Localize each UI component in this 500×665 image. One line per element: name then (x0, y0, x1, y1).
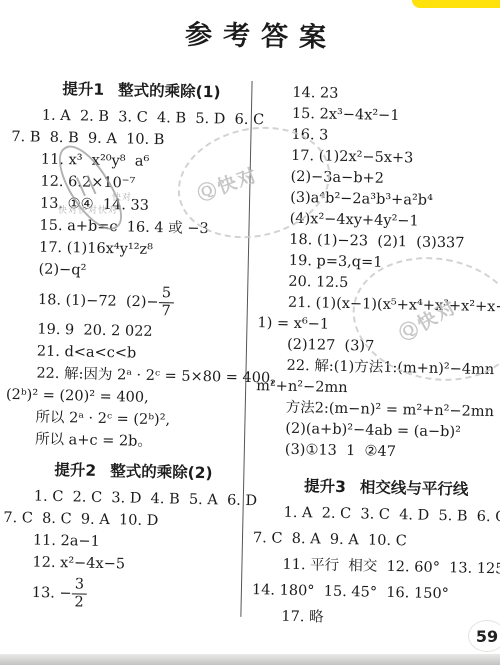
fraction: 32 (71, 576, 87, 611)
fraction-numerator: 5 (159, 285, 175, 303)
fraction-prefix: 13. − (32, 585, 72, 602)
fraction-numerator: 3 (72, 576, 88, 594)
answer-line: 15. 2x³−4x²−1 (260, 104, 500, 128)
answer-line: 11. x³ x²⁰y⁸ a⁶ (9, 150, 247, 174)
yellow-tab-button[interactable] (412, 0, 500, 8)
bottom-edge (0, 654, 500, 665)
answer-line: (2)−q² (6, 260, 244, 284)
answer-line: 20. 12.5 (256, 272, 498, 296)
answer-line: 1. A 2. C 3. C 4. D 5. B 6. C (251, 503, 493, 527)
answer-line: 7. C 8. C 9. A 10. D (1, 509, 239, 533)
heading-title: 整式的乘除(2) (110, 462, 213, 482)
answer-line: 12. 6.2×10⁻⁷ (8, 172, 246, 196)
answer-line: 1. A 2. B 3. C 4. B 5. D 6. C (10, 106, 248, 130)
answer-line: 11. 平行 相交 12. 60° 13. 125° (250, 555, 492, 579)
answer-line: 7. B 8. B 9. A 10. B (9, 128, 247, 152)
answer-line: 17. 略 (249, 607, 491, 631)
answer-line: m²+n²−2mn (254, 377, 496, 401)
scanned-page: 参考答案 提升1整式的乘除(1) 1. A 2. B 3. C 4. B 5. … (5, 0, 500, 88)
answer-line: (4)x²−4xy+4y²−1 (258, 209, 500, 233)
right-column: 14. 23 15. 2x³−4x²−1 16. 3 17. (1)2x²−5x… (249, 83, 500, 638)
page-number-badge: 59 (468, 620, 500, 652)
heading-label: 提升3 (304, 477, 346, 496)
answer-line: 所以 a+c = 2b。 (3, 430, 241, 454)
section-heading: 提升3相交线与平行线 (252, 475, 494, 500)
answer-line: 19. p=3,q=1 (257, 251, 499, 275)
answer-line: (2ᵇ)² = (20)² = 400, (4, 386, 242, 410)
answer-line: (3)a⁴b²−2a³b³+a²b⁴ (258, 188, 500, 212)
answer-line: (2)(a+b)²−4ab = (a−b)² (253, 419, 495, 443)
answer-line: 1. C 2. C 3. D 4. B 5. A 6. D (2, 487, 240, 511)
fraction-prefix: 18. (1)−72 (2)− (38, 292, 159, 311)
answer-line: 7. C 8. A 9. A 10. C (251, 529, 493, 553)
fraction-denominator: 2 (71, 594, 87, 611)
answer-line: 17. (1)2x²−5x+3 (259, 146, 500, 170)
answer-line: 14. 23 (260, 83, 500, 107)
answer-line: 16. 3 (259, 125, 500, 149)
section3: 提升3相交线与平行线 1. A 2. C 3. C 4. D 5. B 6. C… (249, 475, 494, 631)
answer-line: 21. d<a<c<b (5, 342, 243, 366)
answer-line: 1) = x⁶−1 (255, 314, 497, 338)
section-heading: 提升1整式的乘除(1) (10, 78, 248, 103)
answer-line: 13. ①④ 14. 33 (8, 194, 246, 218)
left-column: 提升1整式的乘除(1) 1. A 2. B 3. C 4. B 5. D 6. … (0, 78, 249, 618)
answer-line: 所以 2ᵃ · 2ᶜ = (2ᵇ)², (3, 408, 241, 432)
page-number: 59 (476, 627, 498, 646)
section-heading: 提升2整式的乘除(2) (2, 459, 240, 484)
answer-line: 方法2:(m−n)² = m²+n²−2mn (254, 398, 496, 422)
fraction-denominator: 7 (158, 303, 174, 320)
answer-line: 13. −32 (0, 575, 238, 615)
fraction: 57 (158, 285, 174, 320)
answer-line: 12. x²−4x−5 (0, 553, 238, 577)
answer-line: 14. 180° 15. 45° 16. 150° (250, 581, 492, 605)
answer-line: (3)①13 1 ②47 (253, 440, 495, 464)
heading-title: 相交线与平行线 (360, 478, 469, 498)
heading-title: 整式的乘除(1) (118, 81, 221, 101)
heading-label: 提升2 (54, 461, 96, 480)
answer-line: 22. 解:(1)方法1:(m+n)²−4mn = (254, 356, 496, 380)
answer-line: 19. 9 20. 2 022 (5, 320, 243, 344)
answer-columns: 提升1整式的乘除(1) 1. A 2. B 3. C 4. B 5. D 6. … (5, 78, 500, 88)
answer-line: 11. 2a−1 (1, 531, 239, 555)
answer-line: 17. (1)16x⁴y¹²z⁸ (7, 238, 245, 262)
answer-line: (2)127 (3)7 (255, 335, 497, 359)
answer-line: 22. 解:因为 2ᵃ · 2ᶜ = 5×80 = 400, (4, 364, 242, 388)
page-title: 参考答案 (5, 0, 500, 58)
answer-line: 21. (1)(x−1)(x⁵+x⁴+x³+x²+x+ (256, 293, 498, 317)
answer-line: 18. (1)−23 (2)1 (3)337 (257, 230, 499, 254)
answer-line: 18. (1)−72 (2)−57 (6, 282, 245, 322)
answer-line: (2)−3a−b+2 (258, 167, 500, 191)
heading-label: 提升1 (62, 80, 104, 99)
answer-line: 15. a+b=c 16. 4 或 −3 (7, 216, 245, 240)
